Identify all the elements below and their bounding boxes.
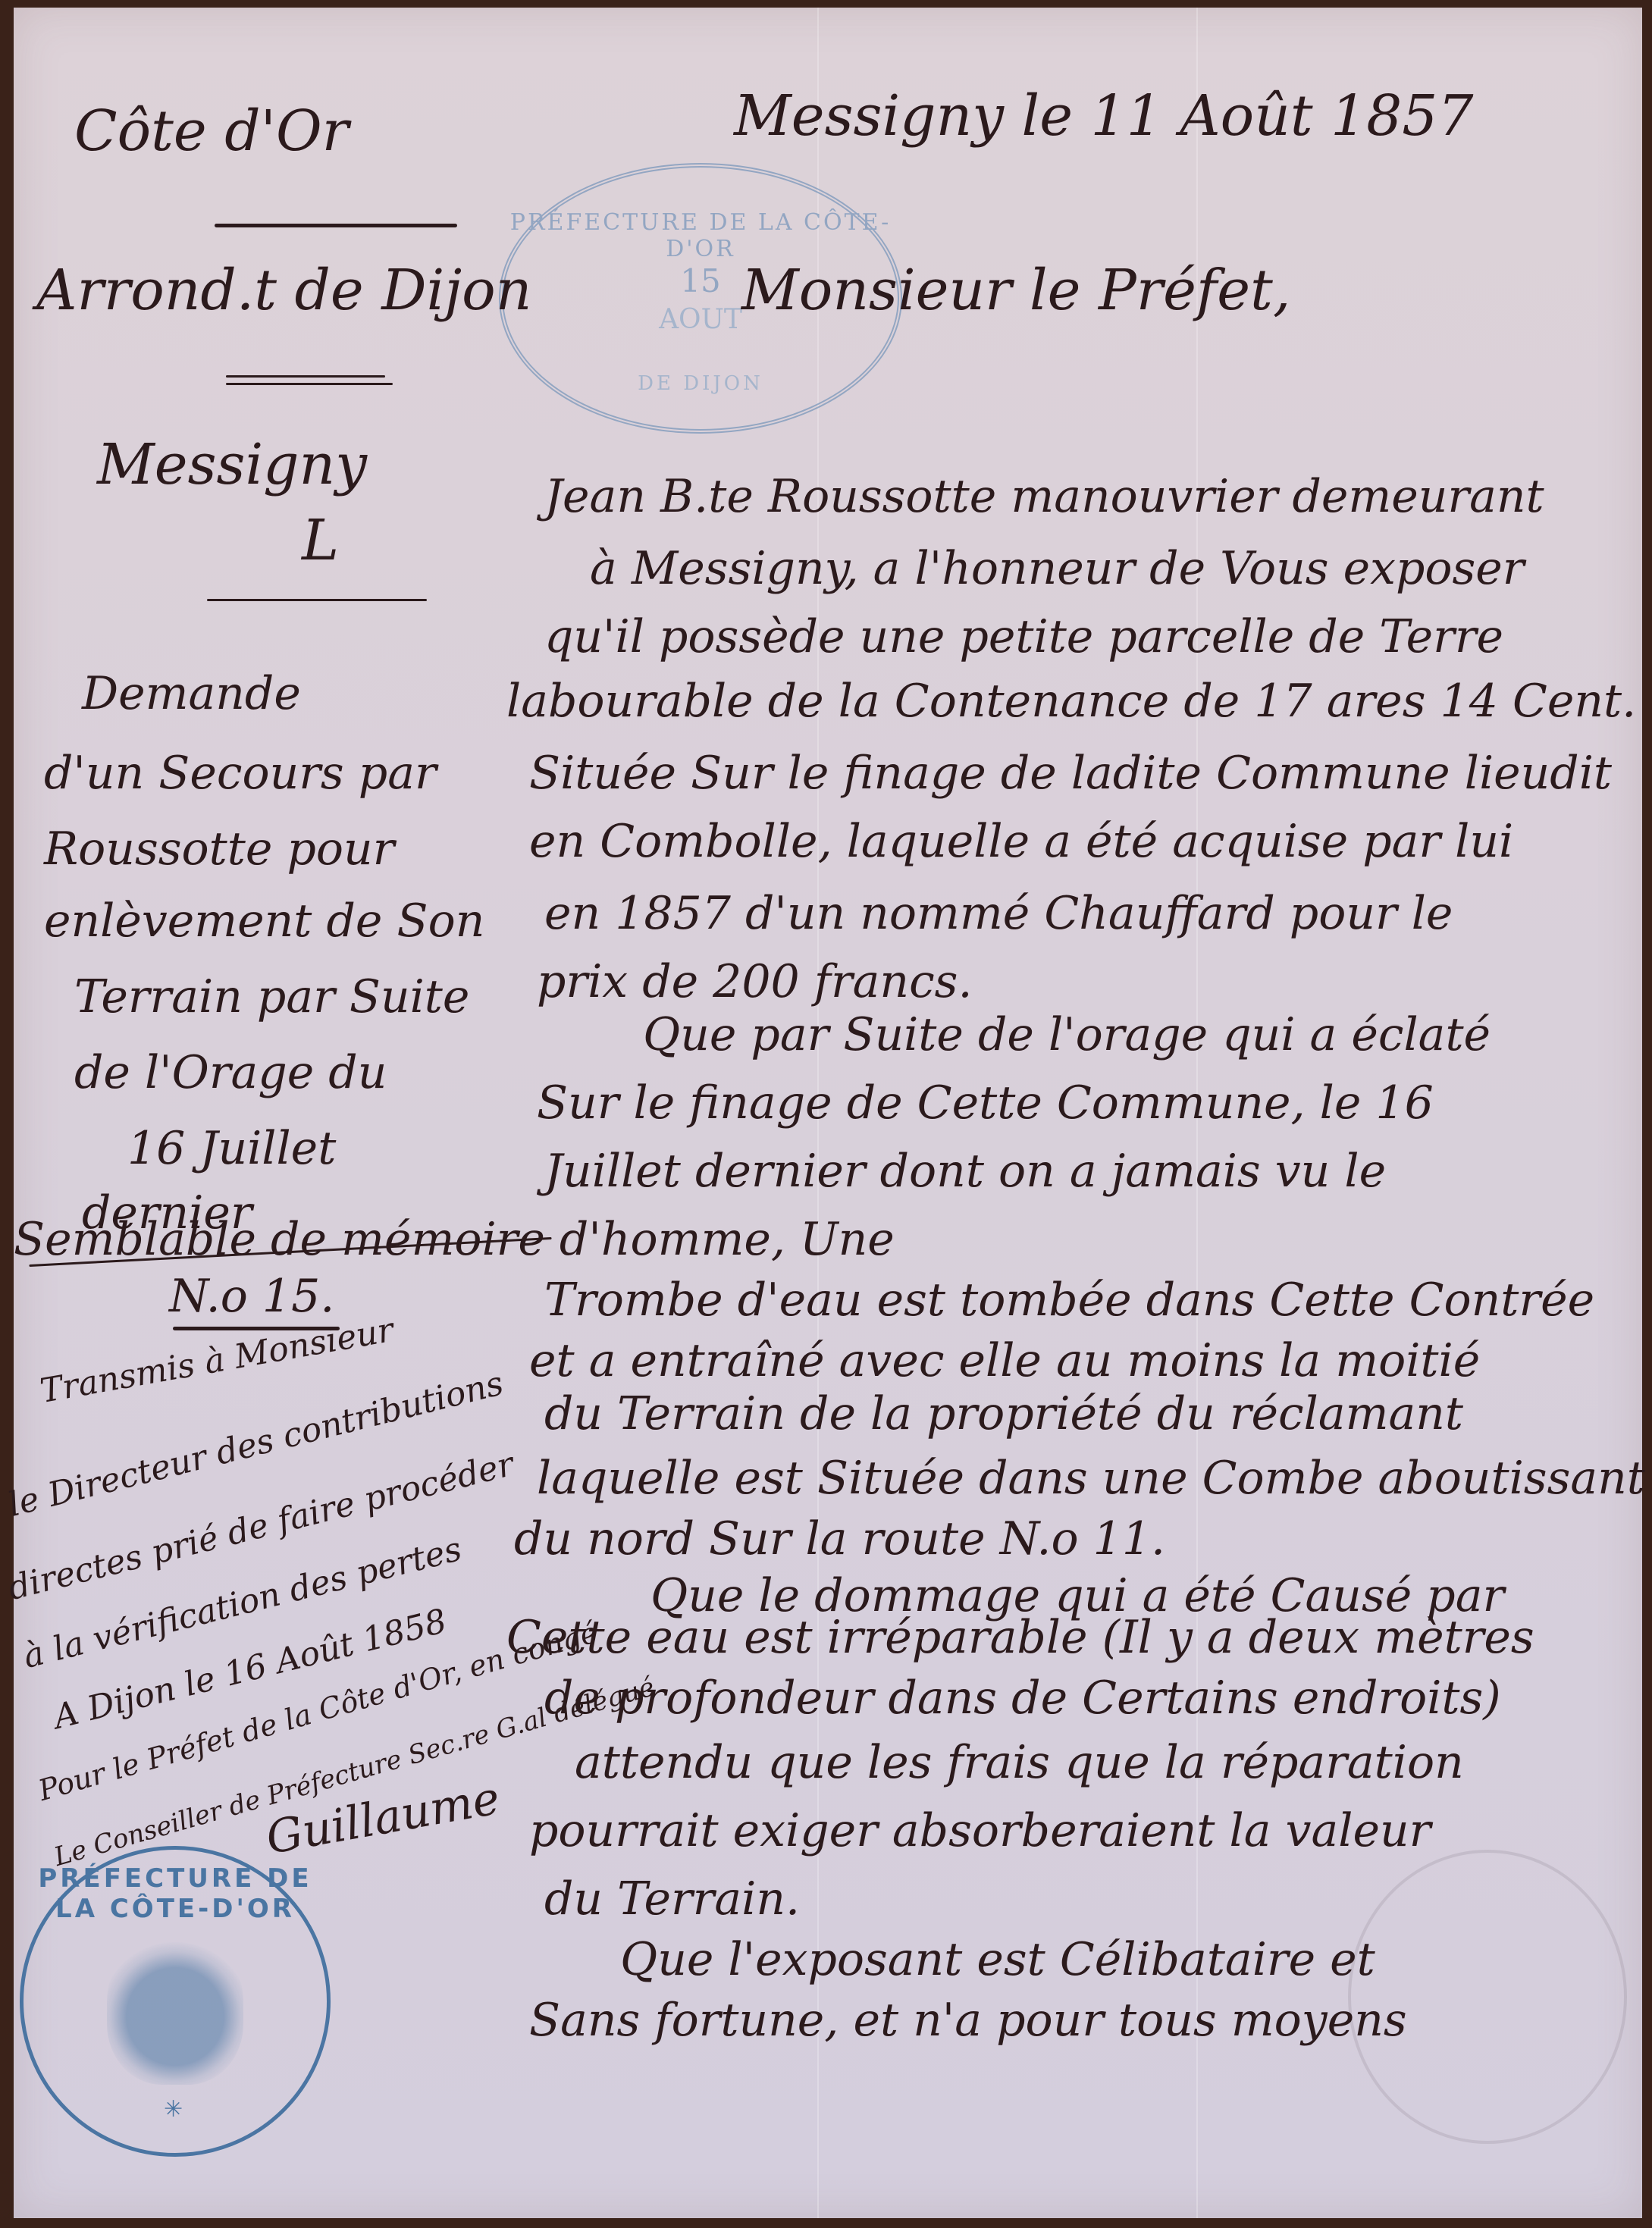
salutation: Monsieur le Préfet, <box>741 258 1290 323</box>
arrondissement-heading: Arrond.t de Dijon <box>36 258 531 323</box>
body-line: pourrait exiger absorberaient la valeur <box>529 1804 1431 1857</box>
stamp-ring-bottom: DE DIJON <box>503 372 898 395</box>
department-heading: Côte d'Or <box>74 99 349 164</box>
commune-heading: Messigny <box>97 432 367 497</box>
summary-line: de l'Orage du <box>74 1046 387 1099</box>
body-line: Située Sur le finage de ladite Commune l… <box>529 747 1612 800</box>
body-line: Jean B.te Roussotte manouvrier demeurant <box>544 470 1544 523</box>
summary-line: d'un Secours par <box>44 747 437 800</box>
star-icon: ✳ <box>164 2096 183 2123</box>
summary-line: Demande <box>82 667 301 720</box>
body-line: Semblable de mémoire d'homme, Une <box>14 1213 895 1266</box>
body-line: en Combolle, laquelle a été acquise par … <box>529 815 1513 868</box>
heading-rule <box>215 224 457 227</box>
summary-line: Terrain par Suite <box>74 970 469 1023</box>
petition-number: N.o 15. <box>169 1270 334 1323</box>
annotation-line: Transmis à Monsieur <box>37 1311 397 1411</box>
body-line: Que l'exposant est Célibataire et <box>620 1933 1375 1986</box>
body-line: Juillet dernier dont on a jamais vu le <box>544 1145 1386 1198</box>
body-line: à Messigny, a l'honneur de Vous exposer <box>590 542 1524 595</box>
body-line: laquelle est Située dans une Combe about… <box>537 1452 1645 1505</box>
body-line: attendu que les frais que la réparation <box>575 1736 1464 1789</box>
commune-marker: L <box>302 508 339 573</box>
body-line: labourable de la Contenance de 17 ares 1… <box>506 675 1636 728</box>
summary-line: Roussotte pour <box>44 823 394 876</box>
body-line: Cette eau est irréparable (Il y a deux m… <box>506 1611 1534 1664</box>
body-line: de profondeur dans de Certains endroits) <box>544 1672 1501 1725</box>
prefecture-seal: PRÉFECTURE DE LA CÔTE-D'OR ✳ <box>20 1846 331 2157</box>
body-line: Trombe d'eau est tombée dans Cette Contr… <box>544 1274 1594 1327</box>
heading-double-rule <box>226 375 385 378</box>
stamp-ring-text: PRÉFECTURE DE LA CÔTE-D'OR <box>503 209 898 262</box>
place-date: Messigny le 11 Août 1857 <box>734 83 1473 149</box>
body-line: qu'il possède une petite parcelle de Ter… <box>544 610 1503 663</box>
body-line: du Terrain de la propriété du réclamant <box>544 1387 1463 1440</box>
body-line: et a entraîné avec elle au moins la moit… <box>529 1334 1480 1387</box>
body-line: Que par Suite de l'orage qui a éclaté <box>643 1008 1491 1061</box>
body-line: en 1857 d'un nommé Chauffard pour le <box>544 887 1453 940</box>
letter-paper: PRÉFECTURE DE LA CÔTE-D'OR 15 AOUT DE DI… <box>14 8 1642 2218</box>
seal-text: PRÉFECTURE DE LA CÔTE-D'OR <box>24 1863 327 1924</box>
body-line: du Terrain. <box>544 1872 800 1926</box>
commune-rule <box>207 599 427 601</box>
body-line: Sans fortune, et n'a pour tous moyens <box>529 1994 1407 2047</box>
body-line: Sur le finage de Cette Commune, le 16 <box>537 1076 1434 1130</box>
body-line: du nord Sur la route N.o 11. <box>514 1512 1165 1565</box>
summary-line: enlèvement de Son <box>44 895 484 948</box>
summary-line: 16 Juillet <box>127 1122 336 1175</box>
beaver-emblem-icon <box>107 1933 243 2085</box>
heading-double-rule <box>226 383 393 385</box>
body-line: prix de 200 francs. <box>537 955 973 1008</box>
